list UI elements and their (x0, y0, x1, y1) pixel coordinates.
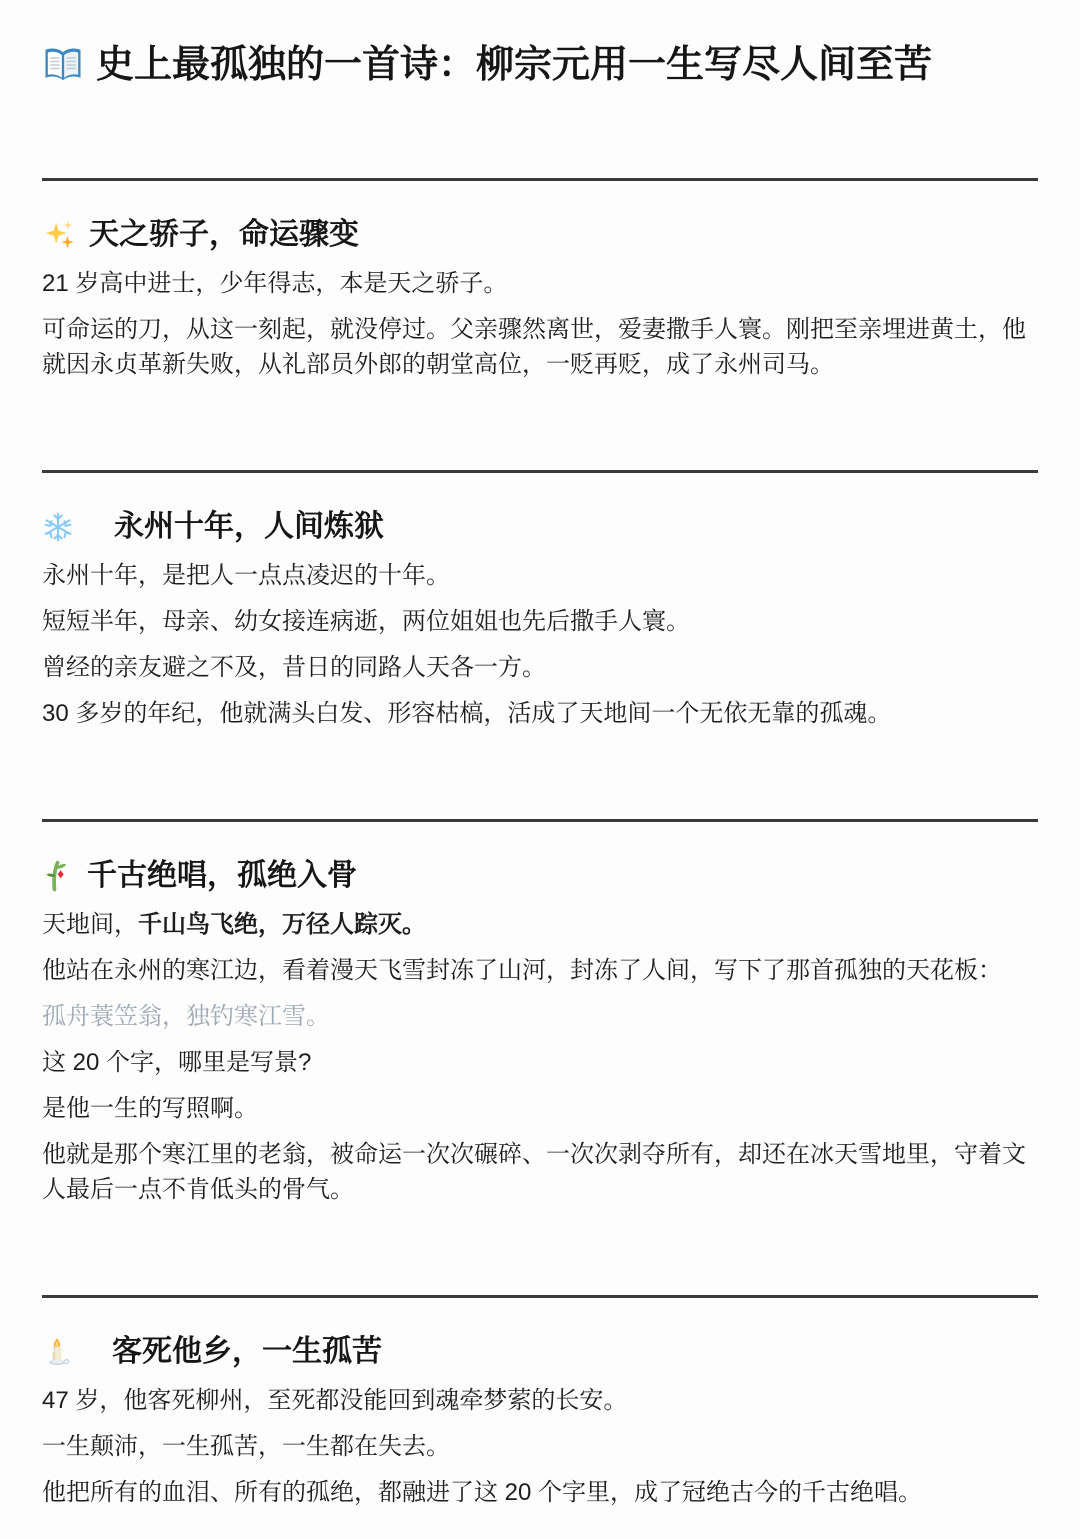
paragraph: 是他一生的写照啊。 (42, 1091, 1038, 1126)
page-title: 史上最孤独的一首诗：柳宗元用一生写尽人间至苦 (42, 40, 1038, 90)
paragraph: 他就是那个寒江里的老翁，被命运一次次碾碎、一次次剥夺所有，却还在冰天雪地里，守着… (42, 1137, 1038, 1207)
section-heading-3: 千古绝唱，孤绝入骨 (42, 856, 1038, 896)
poem-line: 孤舟蓑笠翁，独钓寒江雪。 (42, 999, 1038, 1034)
paragraph: 一生颠沛，一生孤苦，一生都在失去。 (42, 1429, 1038, 1464)
paragraph: 这 20 个字，哪里是写景? (42, 1045, 1038, 1080)
section-divider (42, 178, 1038, 181)
open-book-icon (42, 44, 84, 86)
snowflake-icon (42, 511, 74, 543)
lead-normal: 天地间， (42, 911, 138, 938)
section-heading-text: 永州十年，人间炼狱 (114, 507, 384, 547)
section-heading-text: 天之骄子，命运骤变 (89, 215, 359, 255)
article: 史上最孤独的一首诗：柳宗元用一生写尽人间至苦 天之骄子，命运骤变 21 岁高中进… (0, 0, 1080, 1510)
section-heading-text: 客死他乡，一生孤苦 (112, 1332, 382, 1372)
section-heading-text: 千古绝唱，孤绝入骨 (87, 856, 357, 896)
page-title-text: 史上最孤独的一首诗：柳宗元用一生写尽人间至苦 (96, 40, 932, 90)
paragraph: 曾经的亲友避之不及，昔日的同路人天各一方。 (42, 650, 1038, 685)
paragraph: 21 岁高中进士，少年得志，本是天之骄子。 (42, 266, 1038, 301)
paragraph: 47 岁，他客死柳州，至死都没能回到魂牵梦萦的长安。 (42, 1383, 1038, 1418)
paragraph: 他站在永州的寒江边，看着漫天飞雪封冻了山河，封冻了人间，写下了那首孤独的天花板： (42, 953, 1038, 988)
section-heading-4: 客死他乡，一生孤苦 (42, 1332, 1038, 1372)
section-heading-2: 永州十年，人间炼狱 (42, 507, 1038, 547)
sparkles-icon (42, 218, 76, 252)
tanabata-tree-icon (42, 859, 74, 893)
paragraph: 他把所有的血泪、所有的孤绝，都融进了这 20 个字里，成了冠绝古今的千古绝唱。 (42, 1475, 1038, 1510)
paragraph: 天地间，千山鸟飞绝，万径人踪灭。 (42, 907, 1038, 942)
section-divider (42, 470, 1038, 473)
section-divider (42, 819, 1038, 822)
paragraph: 30 多岁的年纪，他就满头白发、形容枯槁，活成了天地间一个无依无靠的孤魂。 (42, 696, 1038, 731)
paragraph: 短短半年，母亲、幼女接连病逝，两位姐姐也先后撒手人寰。 (42, 604, 1038, 639)
section-heading-1: 天之骄子，命运骤变 (42, 215, 1038, 255)
lead-bold: 千山鸟飞绝，万径人踪灭。 (138, 911, 426, 938)
paragraph: 可命运的刀，从这一刻起，就没停过。父亲骤然离世，爱妻撒手人寰。刚把至亲埋进黄土，… (42, 312, 1038, 382)
candle-icon (42, 1335, 72, 1369)
section-divider (42, 1295, 1038, 1298)
paragraph: 永州十年，是把人一点点凌迟的十年。 (42, 558, 1038, 593)
